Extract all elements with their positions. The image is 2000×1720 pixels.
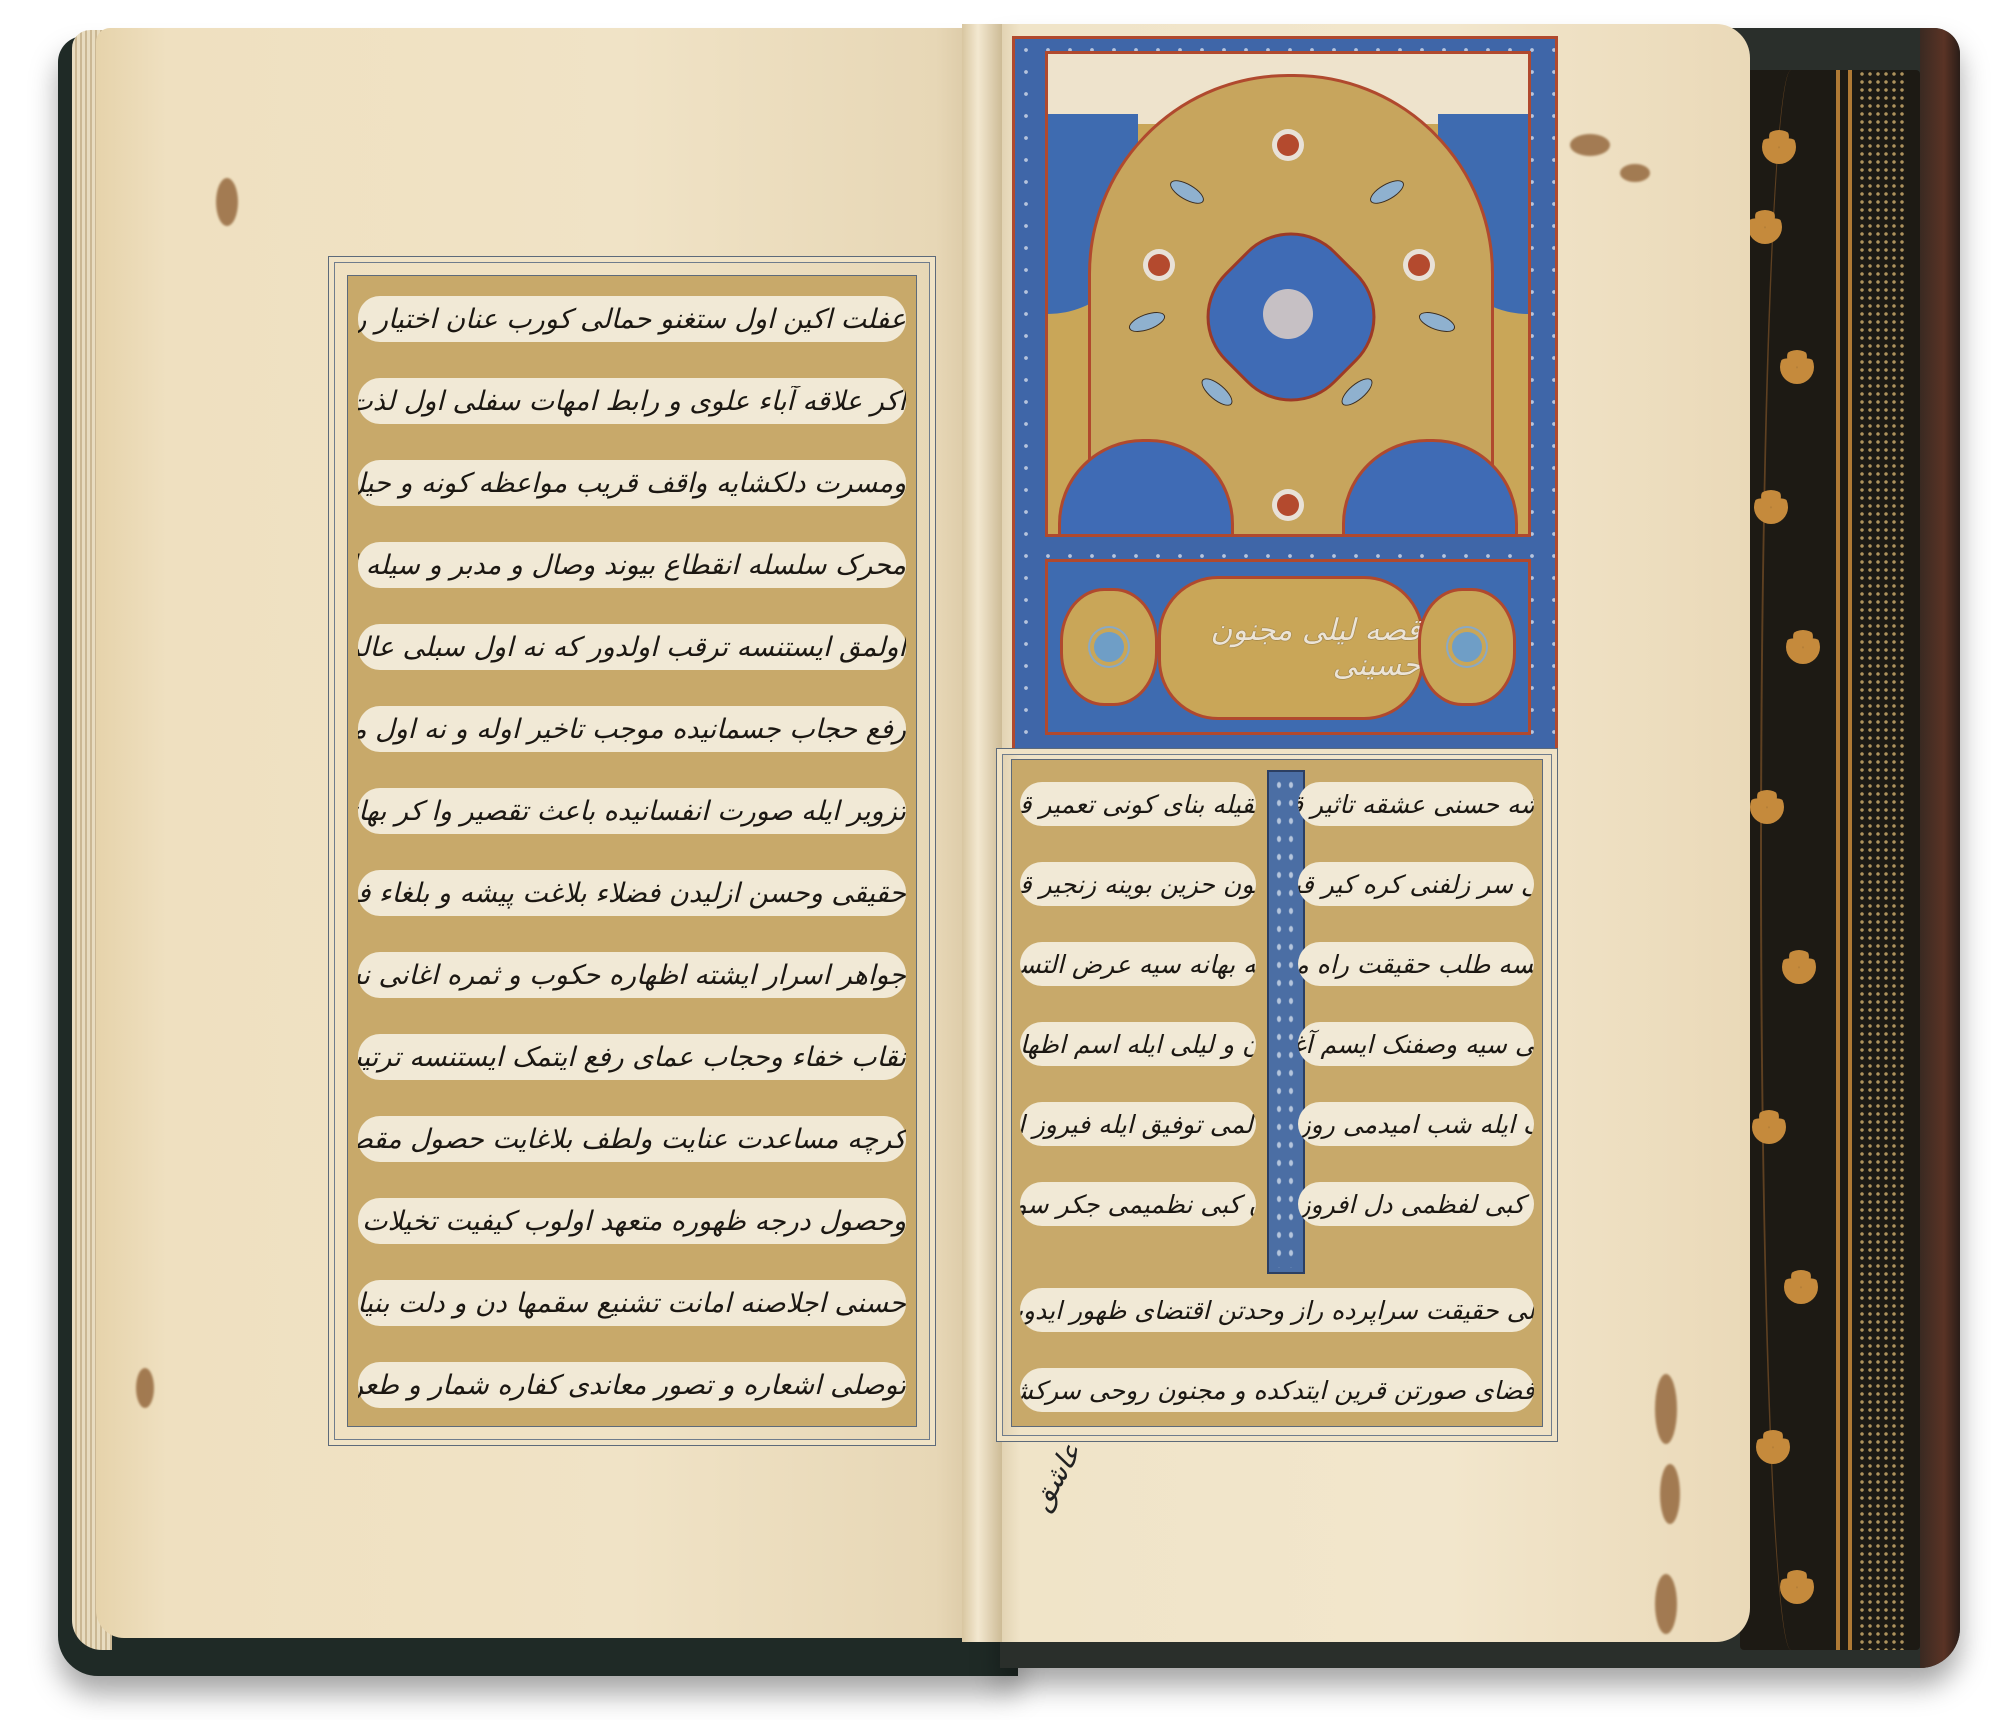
verse-right: لطف ایله شب امیدمی روز ایله	[1298, 1102, 1534, 1146]
text-line: حقیقی وحسن ازلیدن فضلاء بلاغت پیشه و بلغ…	[358, 870, 906, 916]
text-line: حسنی اجلاصنه امانت تشنیع سقمها دن و دلت …	[358, 1280, 906, 1326]
text-line: ومسرت دلکشایه واقف قریب مواعظه کونه و حی…	[358, 460, 906, 506]
text-line: عفلت اکین اول ستغنو حمالی کورب عنان اختی…	[358, 296, 906, 342]
foxing-stain	[216, 178, 238, 226]
gold-flower-icon	[1748, 210, 1782, 244]
foxing-stain	[1660, 1464, 1680, 1524]
left-text-frame: عفلت اکین اول ستغنو حمالی کورب عنان اختی…	[328, 256, 936, 1446]
verse-right: لیلی کبی لفظمی دل افروز ایله	[1298, 1182, 1534, 1226]
text-line: وحصول درجه ظهوره متعهد اولوب کیفیت تخیلا…	[358, 1198, 906, 1244]
verse-right: ای شه حسنی عشقه تاثیر قیلن	[1298, 782, 1534, 826]
text-line: نقاب خفاء وحجاب عمای رفع ایتمک ایستنسه ت…	[358, 1034, 906, 1080]
gold-flower-icon	[1762, 130, 1796, 164]
prose-line: جمالیله فضای صورتن قرین ایتدکده و مجنون …	[1020, 1368, 1534, 1412]
verse-left: عشقیله بنای کونی تعمیر قیلن	[1020, 782, 1256, 826]
headpiece-panel	[1045, 51, 1531, 537]
gold-medallion-icon	[1418, 588, 1516, 706]
verse-left: مجنون کبی نظمیمی جکر سوز ایله	[1020, 1182, 1256, 1226]
foxing-stain	[1655, 1374, 1677, 1444]
lacquered-doublure-panel	[1740, 70, 1920, 1650]
cartouche-title: قصه لیلی مجنون حسینی	[1161, 613, 1421, 683]
text-line: رفع حجاب جسمانیده موجب تاخیر اوله و نه ا…	[358, 706, 906, 752]
gold-flower-icon	[1756, 1430, 1790, 1464]
red-flower-icon	[1277, 134, 1299, 156]
foxing-stain	[1620, 164, 1650, 182]
verse-left: افسانه بهانه سیه عرض التسم راز	[1020, 942, 1256, 986]
right-text-block: ای شه حسنی عشقه تاثیر قیلن عشقیله بنای ک…	[1011, 759, 1543, 1427]
text-line: محرک سلسله انقطاع بیوند وصال و مدبر و سی…	[358, 542, 906, 588]
verse-left: اقبالمی توفیق ایله فیروز ایله	[1020, 1102, 1256, 1146]
gold-flower-icon	[1750, 790, 1784, 824]
red-flower-icon	[1408, 254, 1430, 276]
manuscript-photo: عفلت اکین اول ستغنو حمالی کورب عنان اختی…	[0, 0, 2000, 1720]
gold-flower-icon	[1782, 950, 1816, 984]
text-line: جواهر اسرار ایشته اظهاره حکوب و ثمره اغا…	[358, 952, 906, 998]
gold-medallion-icon	[1060, 588, 1158, 706]
verse-right: لیلی سر زلفنی کره کیر قیلن	[1298, 862, 1534, 906]
gold-dot-border	[1858, 70, 1908, 1650]
illuminated-headpiece: قصه لیلی مجنون حسینی	[1012, 36, 1558, 752]
title-cartouche: قصه لیلی مجنون حسینی	[1158, 576, 1424, 720]
gold-flower-icon	[1754, 490, 1788, 524]
gold-flower-icon	[1752, 1110, 1786, 1144]
text-line: تزویر ایله صورت انفسانیده باعث تقصیر وا …	[358, 788, 906, 834]
gold-flower-icon	[1784, 1270, 1818, 1304]
gold-flower-icon	[1786, 630, 1820, 664]
verse-left: مجنون حزین بوینه زنجیر قیلن	[1020, 862, 1256, 906]
right-text-frame: ای شه حسنی عشقه تاثیر قیلن عشقیله بنای ک…	[996, 748, 1558, 1442]
vine-scroll	[1760, 70, 1822, 1650]
foxing-stain	[1655, 1574, 1677, 1634]
medallion-center	[1263, 289, 1313, 339]
gold-rule	[1836, 70, 1840, 1650]
text-line: اولمق ایستنسه ترقب اولدور که نه اول سبلی…	[358, 624, 906, 670]
text-line: توصلی اشعاره و تصور معاندی کفاره شمار و …	[358, 1362, 906, 1408]
text-line: کرچه مساعدت عنایت ولطف بلاغایت حصول مقصو…	[358, 1116, 906, 1162]
prose-line: اطلی لیلی حقیقت سراپرده راز وحدتن اقتضای…	[1020, 1288, 1534, 1332]
verse-left: مجنون و لیلی ایله اسم اظهار نیاز	[1020, 1022, 1256, 1066]
foxing-stain	[136, 1368, 154, 1408]
red-flower-icon	[1277, 494, 1299, 516]
title-band: قصه لیلی مجنون حسینی	[1045, 559, 1531, 735]
gold-rule	[1848, 70, 1852, 1650]
foxing-stain	[1570, 134, 1610, 156]
left-text-block: عفلت اکین اول ستغنو حمالی کورب عنان اختی…	[347, 275, 917, 1427]
gold-flower-icon	[1780, 350, 1814, 384]
verse-right: لیلی سیه وصفنک ایسم آغاز	[1298, 1022, 1534, 1066]
red-flower-icon	[1148, 254, 1170, 276]
gold-flower-icon	[1780, 1570, 1814, 1604]
text-line: اکر علاقه آباء علوی و رابط امهات سفلی او…	[358, 378, 906, 424]
verse-right: دولتسه طلب حقیقت راه مجاز	[1298, 942, 1534, 986]
cover-edge	[1920, 28, 1960, 1668]
